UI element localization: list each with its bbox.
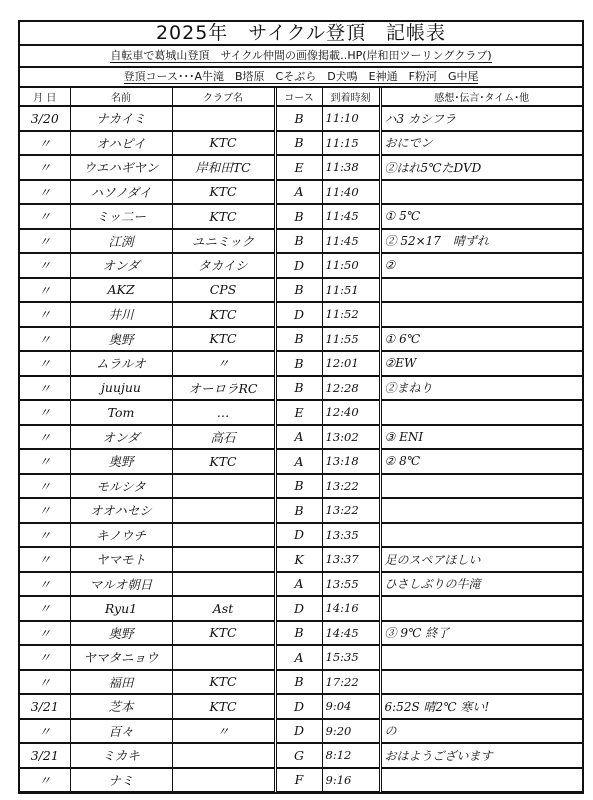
cell-club bbox=[172, 743, 275, 768]
cell-name: juujuu bbox=[70, 376, 172, 401]
cell-time: 13:02 bbox=[322, 425, 380, 450]
cell-club bbox=[172, 547, 275, 572]
cell-comment: おはようございます bbox=[380, 743, 582, 768]
cell-date: 〃 bbox=[20, 572, 70, 597]
cell-time: 11:52 bbox=[322, 302, 380, 327]
table-row: 〃奥野KTCB14:45③ 9℃ 終了 bbox=[20, 621, 582, 646]
table-row: 〃Tom…E12:40 bbox=[20, 400, 582, 425]
cell-date: 3/21 bbox=[20, 694, 70, 719]
cell-date: 〃 bbox=[20, 621, 70, 646]
cell-club: KTC bbox=[172, 449, 275, 474]
cell-club: 高石 bbox=[172, 425, 275, 450]
cell-comment bbox=[380, 180, 582, 205]
cell-name: オオハセシ bbox=[70, 498, 172, 523]
cell-time: 11:45 bbox=[322, 204, 380, 229]
table-row: 〃オンダタカイシD11:50② bbox=[20, 253, 582, 278]
cell-name: AKZ bbox=[70, 278, 172, 303]
cell-time: 8:12 bbox=[322, 743, 380, 768]
cell-date: 〃 bbox=[20, 670, 70, 695]
cell-course: B bbox=[275, 106, 322, 131]
cell-date: 〃 bbox=[20, 376, 70, 401]
cell-comment bbox=[380, 400, 582, 425]
cell-course: D bbox=[275, 302, 322, 327]
table-row: 3/20ナカイミB11:10ハ3 カシフラ bbox=[20, 106, 582, 131]
cell-date: 〃 bbox=[20, 253, 70, 278]
cell-course: B bbox=[275, 498, 322, 523]
cell-club bbox=[172, 645, 275, 670]
header-time: 到着時刻 bbox=[322, 88, 380, 106]
cell-time: 12:28 bbox=[322, 376, 380, 401]
cell-course: E bbox=[275, 155, 322, 180]
cell-club bbox=[172, 498, 275, 523]
header-course: コース bbox=[275, 88, 322, 106]
cell-date: 〃 bbox=[20, 302, 70, 327]
cell-comment: ②EW bbox=[380, 351, 582, 376]
table-row: 〃Ryu1AstD14:16 bbox=[20, 596, 582, 621]
cell-course: A bbox=[275, 572, 322, 597]
cell-time: 11:15 bbox=[322, 131, 380, 156]
cell-course: B bbox=[275, 670, 322, 695]
header-comment: 感想･伝言･タイム･他 bbox=[380, 88, 582, 106]
cell-club: 〃 bbox=[172, 719, 275, 744]
cell-name: オンダ bbox=[70, 253, 172, 278]
table-row: 〃ムラルオ〃B12:01②EW bbox=[20, 351, 582, 376]
cell-time: 13:35 bbox=[322, 523, 380, 548]
cell-club bbox=[172, 523, 275, 548]
cell-comment: 足のスペアほしい bbox=[380, 547, 582, 572]
cell-comment: ① 6℃ bbox=[380, 327, 582, 352]
header-row: 月 日 名前 クラブ名 コース 到着時刻 感想･伝言･タイム･他 bbox=[20, 88, 582, 106]
cell-time: 9:16 bbox=[322, 768, 380, 792]
cell-club: KTC bbox=[172, 204, 275, 229]
cell-course: G bbox=[275, 743, 322, 768]
cell-comment: ②まねり bbox=[380, 376, 582, 401]
cell-time: 11:51 bbox=[322, 278, 380, 303]
cell-date: 〃 bbox=[20, 229, 70, 254]
cell-time: 11:50 bbox=[322, 253, 380, 278]
title-text: 2025年 サイクル登頂 記帳表 bbox=[156, 22, 446, 45]
table-row: 〃ミッ二ーKTCB11:45① 5℃ bbox=[20, 204, 582, 229]
cell-club bbox=[172, 572, 275, 597]
cell-comment bbox=[380, 474, 582, 499]
cell-club: 岸和田TC bbox=[172, 155, 275, 180]
cell-course: D bbox=[275, 596, 322, 621]
table-row: 〃AKZCPSB11:51 bbox=[20, 278, 582, 303]
cell-comment: ② 8℃ bbox=[380, 449, 582, 474]
cell-course: A bbox=[275, 180, 322, 205]
cell-date: 〃 bbox=[20, 498, 70, 523]
cell-comment bbox=[380, 670, 582, 695]
table-row: 〃オハピイKTCB11:15おにでン bbox=[20, 131, 582, 156]
cell-date: 3/21 bbox=[20, 743, 70, 768]
header-club: クラブ名 bbox=[172, 88, 275, 106]
cell-club bbox=[172, 768, 275, 792]
cell-club: … bbox=[172, 400, 275, 425]
cell-course: D bbox=[275, 719, 322, 744]
cell-date: 〃 bbox=[20, 474, 70, 499]
cell-name: 井川 bbox=[70, 302, 172, 327]
cell-club: KTC bbox=[172, 180, 275, 205]
cell-name: キノウチ bbox=[70, 523, 172, 548]
cell-time: 14:16 bbox=[322, 596, 380, 621]
cell-comment: ハ3 カシフラ bbox=[380, 106, 582, 131]
cell-comment bbox=[380, 596, 582, 621]
cell-course: A bbox=[275, 425, 322, 450]
cell-name: ムラルオ bbox=[70, 351, 172, 376]
cell-date: 〃 bbox=[20, 327, 70, 352]
table-row: 〃ヤマモトK13:37足のスペアほしい bbox=[20, 547, 582, 572]
table-row: 〃オンダ高石A13:02③ ENI bbox=[20, 425, 582, 450]
cell-course: K bbox=[275, 547, 322, 572]
cell-club: KTC bbox=[172, 327, 275, 352]
cell-club: CPS bbox=[172, 278, 275, 303]
cell-course: D bbox=[275, 253, 322, 278]
cell-club: 〃 bbox=[172, 351, 275, 376]
cell-name: ハソノダイ bbox=[70, 180, 172, 205]
cell-name: ウエハギヤン bbox=[70, 155, 172, 180]
cell-time: 17:22 bbox=[322, 670, 380, 695]
table-row: 〃奥野KTCA13:18② 8℃ bbox=[20, 449, 582, 474]
table-row: 〃juujuuオーロラRCB12:28②まねり bbox=[20, 376, 582, 401]
cell-name: ナカイミ bbox=[70, 106, 172, 131]
cell-club: KTC bbox=[172, 694, 275, 719]
cell-time: 13:55 bbox=[322, 572, 380, 597]
cell-comment bbox=[380, 768, 582, 792]
table-row: 〃井川KTCD11:52 bbox=[20, 302, 582, 327]
cell-name: 奥野 bbox=[70, 621, 172, 646]
cell-name: Tom bbox=[70, 400, 172, 425]
cell-date: 〃 bbox=[20, 449, 70, 474]
cell-club: KTC bbox=[172, 131, 275, 156]
sign-in-sheet: 2025年 サイクル登頂 記帳表 自転車で葛城山登頂 サイクル仲間の画像掲載‥H… bbox=[18, 20, 584, 794]
cell-course: B bbox=[275, 621, 322, 646]
table-row: 〃ナミF9:16 bbox=[20, 768, 582, 792]
cell-name: ナミ bbox=[70, 768, 172, 792]
cell-club bbox=[172, 474, 275, 499]
cell-date: 〃 bbox=[20, 596, 70, 621]
cell-name: オンダ bbox=[70, 425, 172, 450]
cell-club bbox=[172, 106, 275, 131]
cell-comment bbox=[380, 302, 582, 327]
cell-date: 〃 bbox=[20, 719, 70, 744]
cell-course: B bbox=[275, 278, 322, 303]
cell-time: 13:37 bbox=[322, 547, 380, 572]
cell-course: D bbox=[275, 694, 322, 719]
cell-name: 芝本 bbox=[70, 694, 172, 719]
table-body: 3/20ナカイミB11:10ハ3 カシフラ〃オハピイKTCB11:15おにでン〃… bbox=[20, 106, 582, 792]
cell-name: ミッ二ー bbox=[70, 204, 172, 229]
cell-club: オーロラRC bbox=[172, 376, 275, 401]
cell-date: 〃 bbox=[20, 155, 70, 180]
table-row: 〃キノウチD13:35 bbox=[20, 523, 582, 548]
cell-name: 奥野 bbox=[70, 449, 172, 474]
cell-date: 〃 bbox=[20, 131, 70, 156]
cell-course: E bbox=[275, 400, 322, 425]
cell-time: 9:20 bbox=[322, 719, 380, 744]
cell-time: 11:40 bbox=[322, 180, 380, 205]
cell-date: 〃 bbox=[20, 768, 70, 792]
cell-club: タカイシ bbox=[172, 253, 275, 278]
cell-comment: おにでン bbox=[380, 131, 582, 156]
cell-time: 13:18 bbox=[322, 449, 380, 474]
cell-date: 〃 bbox=[20, 425, 70, 450]
cell-course: B bbox=[275, 351, 322, 376]
cell-name: モルシタ bbox=[70, 474, 172, 499]
cell-time: 11:38 bbox=[322, 155, 380, 180]
course-legend: 登頂コース･･･A牛滝 B塔原 Cそぶら D犬鳴 E神通 F粉河 G中尾 bbox=[20, 68, 582, 88]
cell-name: 奥野 bbox=[70, 327, 172, 352]
table-row: 〃ヤマタニョウA15:35 bbox=[20, 645, 582, 670]
cell-date: 〃 bbox=[20, 523, 70, 548]
course-legend-text: 登頂コース･･･A牛滝 B塔原 Cそぶら D犬鳴 E神通 F粉河 G中尾 bbox=[124, 70, 479, 84]
cell-club: KTC bbox=[172, 302, 275, 327]
cell-comment: ②はれ5℃たDVD bbox=[380, 155, 582, 180]
cell-comment: ① 5℃ bbox=[380, 204, 582, 229]
cell-date: 〃 bbox=[20, 645, 70, 670]
cell-comment: 6:52S 晴2℃ 寒い! bbox=[380, 694, 582, 719]
table-row: 〃オオハセシB13:22 bbox=[20, 498, 582, 523]
cell-course: F bbox=[275, 768, 322, 792]
table-row: 〃百々〃D9:20の bbox=[20, 719, 582, 744]
sheet-subtitle: 自転車で葛城山登頂 サイクル仲間の画像掲載‥HP(岸和田ツーリングクラブ) bbox=[20, 46, 582, 68]
cell-date: 3/20 bbox=[20, 106, 70, 131]
table-row: 3/21ミカキG8:12おはようございます bbox=[20, 743, 582, 768]
cell-name: ミカキ bbox=[70, 743, 172, 768]
cell-time: 12:01 bbox=[322, 351, 380, 376]
cell-course: D bbox=[275, 523, 322, 548]
cell-course: B bbox=[275, 204, 322, 229]
cell-date: 〃 bbox=[20, 204, 70, 229]
table-row: 〃福田KTCB17:22 bbox=[20, 670, 582, 695]
table-row: 〃奥野KTCB11:55① 6℃ bbox=[20, 327, 582, 352]
cell-comment bbox=[380, 498, 582, 523]
cell-date: 〃 bbox=[20, 278, 70, 303]
cell-comment: ③ ENI bbox=[380, 425, 582, 450]
cell-club: Ast bbox=[172, 596, 275, 621]
table-row: 〃江渕ユニミックB11:45② 52×17 晴ずれ bbox=[20, 229, 582, 254]
cell-date: 〃 bbox=[20, 180, 70, 205]
cell-name: ヤマモト bbox=[70, 547, 172, 572]
cell-course: A bbox=[275, 645, 322, 670]
cell-course: B bbox=[275, 229, 322, 254]
table-row: 〃モルシタB13:22 bbox=[20, 474, 582, 499]
cell-date: 〃 bbox=[20, 351, 70, 376]
cell-name: マルオ朝日 bbox=[70, 572, 172, 597]
cell-time: 13:22 bbox=[322, 474, 380, 499]
cell-course: B bbox=[275, 474, 322, 499]
table-row: 〃ウエハギヤン岸和田TCE11:38②はれ5℃たDVD bbox=[20, 155, 582, 180]
cell-comment: ② bbox=[380, 253, 582, 278]
cell-name: Ryu1 bbox=[70, 596, 172, 621]
cell-time: 13:22 bbox=[322, 498, 380, 523]
table-row: 〃マルオ朝日A13:55ひさしぶりの牛滝 bbox=[20, 572, 582, 597]
cell-comment bbox=[380, 523, 582, 548]
cell-time: 11:45 bbox=[322, 229, 380, 254]
cell-club: KTC bbox=[172, 670, 275, 695]
cell-name: 江渕 bbox=[70, 229, 172, 254]
cell-time: 12:40 bbox=[322, 400, 380, 425]
cell-time: 11:10 bbox=[322, 106, 380, 131]
cell-name: オハピイ bbox=[70, 131, 172, 156]
cell-time: 9:04 bbox=[322, 694, 380, 719]
cell-course: B bbox=[275, 131, 322, 156]
cell-comment bbox=[380, 645, 582, 670]
subtitle-text: 自転車で葛城山登頂 サイクル仲間の画像掲載‥HP(岸和田ツーリングクラブ) bbox=[110, 49, 491, 63]
table-row: 3/21芝本KTCD9:046:52S 晴2℃ 寒い! bbox=[20, 694, 582, 719]
header-date: 月 日 bbox=[20, 88, 70, 106]
cell-course: A bbox=[275, 449, 322, 474]
cell-course: B bbox=[275, 327, 322, 352]
table-row: 〃ハソノダイKTCA11:40 bbox=[20, 180, 582, 205]
cell-time: 14:45 bbox=[322, 621, 380, 646]
cell-comment: ひさしぶりの牛滝 bbox=[380, 572, 582, 597]
cell-comment: の bbox=[380, 719, 582, 744]
cell-time: 11:55 bbox=[322, 327, 380, 352]
cell-comment: ② 52×17 晴ずれ bbox=[380, 229, 582, 254]
cell-time: 15:35 bbox=[322, 645, 380, 670]
cell-name: ヤマタニョウ bbox=[70, 645, 172, 670]
cell-course: B bbox=[275, 376, 322, 401]
cell-name: 百々 bbox=[70, 719, 172, 744]
cell-comment bbox=[380, 278, 582, 303]
cell-club: ユニミック bbox=[172, 229, 275, 254]
cell-comment: ③ 9℃ 終了 bbox=[380, 621, 582, 646]
sheet-title: 2025年 サイクル登頂 記帳表 bbox=[20, 22, 582, 46]
cell-date: 〃 bbox=[20, 400, 70, 425]
cell-name: 福田 bbox=[70, 670, 172, 695]
log-table: 月 日 名前 クラブ名 コース 到着時刻 感想･伝言･タイム･他 3/20ナカイ… bbox=[20, 88, 582, 792]
header-name: 名前 bbox=[70, 88, 172, 106]
cell-club: KTC bbox=[172, 621, 275, 646]
cell-date: 〃 bbox=[20, 547, 70, 572]
